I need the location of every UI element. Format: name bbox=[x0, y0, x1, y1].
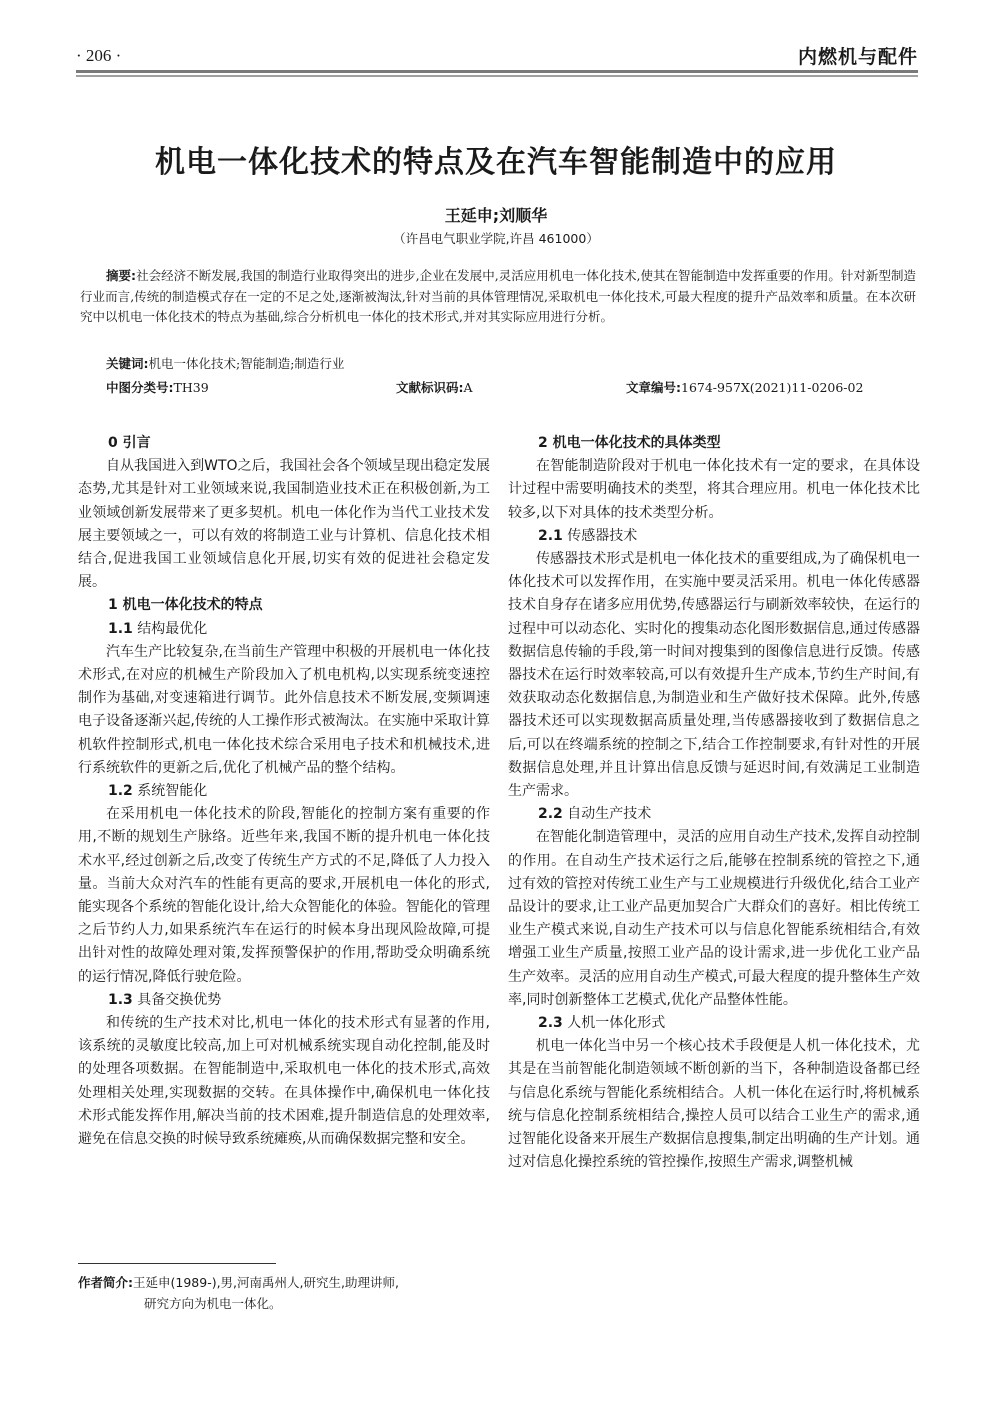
section-number: 1.2 bbox=[108, 783, 133, 799]
section-title: 传感器技术 bbox=[567, 528, 637, 544]
doc-code-value: A bbox=[464, 380, 473, 395]
section-title: 自动生产技术 bbox=[567, 806, 651, 822]
keywords-label: 关键词: bbox=[106, 356, 149, 371]
section-number: 1.1 bbox=[108, 621, 133, 637]
section-0-heading: 0 引言 bbox=[78, 432, 490, 455]
section-1-1-heading: 1.1 结构最优化 bbox=[78, 618, 490, 641]
article-no-value: 1674-957X(2021)11-0206-02 bbox=[681, 380, 863, 395]
author-bio-footnote: 作者简介:王延申(1989-),男,河南禹州人,研究生,助理讲师, 研究方向为机… bbox=[78, 1272, 490, 1314]
section-2-2-heading: 2.2 自动生产技术 bbox=[508, 803, 920, 826]
document-code: 文献标识码:A bbox=[396, 378, 473, 396]
section-2-paragraph: 在智能制造阶段对于机电一体化技术有一定的要求，在具体设计过程中需要明确技术的类型… bbox=[508, 455, 920, 525]
section-2-1-heading: 2.1 传感器技术 bbox=[508, 525, 920, 548]
section-1-heading: 1 机电一体化技术的特点 bbox=[78, 594, 490, 617]
header-rule-thick bbox=[76, 70, 918, 73]
section-1-1-paragraph: 汽车生产比较复杂,在当前生产管理中积极的开展机电一体化技术形式,在对应的机械生产… bbox=[78, 641, 490, 780]
page-number: · 206 · bbox=[76, 46, 121, 66]
footnote-divider bbox=[78, 1263, 276, 1264]
doc-code-label: 文献标识码: bbox=[396, 380, 464, 395]
article-authors: 王延申;刘顺华 bbox=[0, 203, 992, 226]
footnote-line-1: 王延申(1989-),男,河南禹州人,研究生,助理讲师, bbox=[133, 1275, 399, 1290]
section-title: 结构最优化 bbox=[137, 621, 207, 637]
section-2-2-paragraph: 在智能化制造管理中，灵活的应用自动生产技术,发挥自动控制的作用。在自动生产技术运… bbox=[508, 826, 920, 1012]
section-2-heading: 2 机电一体化技术的具体类型 bbox=[508, 432, 920, 455]
section-2-1-paragraph: 传感器技术形式是机电一体化技术的重要组成,为了确保机电一体化技术可以发挥作用，在… bbox=[508, 548, 920, 803]
section-2-3-paragraph: 机电一体化当中另一个核心技术手段便是人机一体化技术，尤其是在当前智能化制造领域不… bbox=[508, 1035, 920, 1174]
section-1-3-heading: 1.3 具备交换优势 bbox=[78, 989, 490, 1012]
header-rule-thin bbox=[76, 75, 918, 77]
section-title: 系统智能化 bbox=[137, 783, 207, 799]
page-header: · 206 · 内燃机与配件 bbox=[76, 42, 918, 72]
section-number: 2.3 bbox=[538, 1015, 563, 1031]
section-1-2-heading: 1.2 系统智能化 bbox=[78, 780, 490, 803]
article-number: 文章编号:1674-957X(2021)11-0206-02 bbox=[626, 378, 863, 396]
abstract-label: 摘要: bbox=[106, 268, 136, 283]
section-0-paragraph: 自从我国进入到WTO之后，我国社会各个领域呈现出稳定发展态势,尤其是针对工业领域… bbox=[78, 455, 490, 594]
keywords-text: 机电一体化技术;智能制造;制造行业 bbox=[149, 356, 345, 371]
section-title: 人机一体化形式 bbox=[567, 1015, 665, 1031]
clc-value: TH39 bbox=[174, 380, 209, 395]
clc-label: 中图分类号: bbox=[106, 380, 174, 395]
section-1-2-paragraph: 在采用机电一体化技术的阶段,智能化的控制方案有重要的作用,不断的规划生产脉络。近… bbox=[78, 803, 490, 989]
abstract: 摘要:社会经济不断发展,我国的制造行业取得突出的进步,企业在发展中,灵活应用机电… bbox=[80, 266, 916, 328]
section-number: 2.1 bbox=[538, 528, 563, 544]
clc-number: 中图分类号:TH39 bbox=[106, 378, 209, 396]
section-2-3-heading: 2.3 人机一体化形式 bbox=[508, 1012, 920, 1035]
article-no-label: 文章编号: bbox=[626, 380, 681, 395]
left-column: 0 引言 自从我国进入到WTO之后，我国社会各个领域呈现出稳定发展态势,尤其是针… bbox=[78, 432, 490, 1151]
journal-name: 内燃机与配件 bbox=[798, 42, 918, 69]
keywords: 关键词:机电一体化技术;智能制造;制造行业 bbox=[106, 354, 344, 372]
section-number: 2.2 bbox=[538, 806, 563, 822]
author-affiliation: （许昌电气职业学院,许昌 461000） bbox=[0, 229, 992, 247]
section-title: 具备交换优势 bbox=[137, 992, 221, 1008]
footnote-label: 作者简介: bbox=[78, 1275, 133, 1290]
section-number: 1.3 bbox=[108, 992, 133, 1008]
right-column: 2 机电一体化技术的具体类型 在智能制造阶段对于机电一体化技术有一定的要求，在具… bbox=[508, 432, 920, 1175]
section-1-3-paragraph: 和传统的生产技术对比,机电一体化的技术形式有显著的作用,该系统的灵敏度比较高,加… bbox=[78, 1012, 490, 1151]
abstract-text: 社会经济不断发展,我国的制造行业取得突出的进步,企业在发展中,灵活应用机电一体化… bbox=[80, 268, 916, 324]
footnote-line-2: 研究方向为机电一体化。 bbox=[78, 1293, 490, 1314]
article-title: 机电一体化技术的特点及在汽车智能制造中的应用 bbox=[0, 137, 992, 181]
